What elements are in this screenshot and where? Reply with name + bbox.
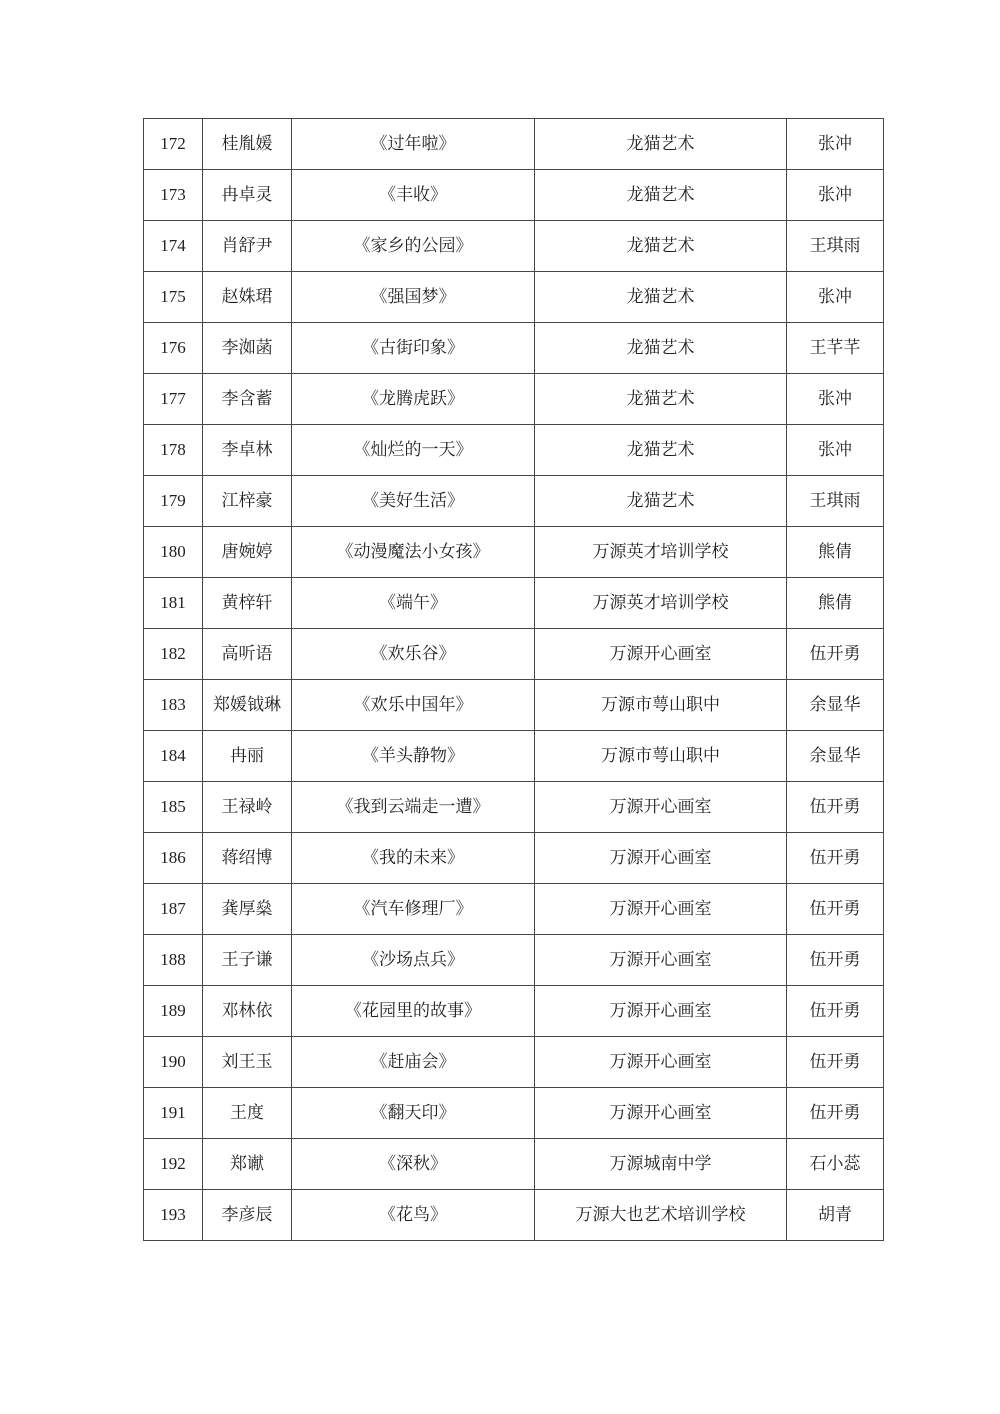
cell-school: 龙猫艺术 bbox=[535, 272, 787, 323]
cell-no: 192 bbox=[144, 1139, 203, 1190]
cell-name: 冉卓灵 bbox=[203, 170, 292, 221]
cell-school: 万源开心画室 bbox=[535, 1037, 787, 1088]
table-row: 190刘王玉《赶庙会》万源开心画室伍开勇 bbox=[144, 1037, 884, 1088]
table-row: 189邓林依《花园里的故事》万源开心画室伍开勇 bbox=[144, 986, 884, 1037]
cell-no: 193 bbox=[144, 1190, 203, 1241]
cell-no: 186 bbox=[144, 833, 203, 884]
table-row: 181黄梓轩《端午》万源英才培训学校熊倩 bbox=[144, 578, 884, 629]
cell-name: 李卓林 bbox=[203, 425, 292, 476]
cell-school: 万源开心画室 bbox=[535, 884, 787, 935]
cell-title: 《我的未来》 bbox=[292, 833, 535, 884]
cell-title: 《美好生活》 bbox=[292, 476, 535, 527]
cell-no: 178 bbox=[144, 425, 203, 476]
cell-school: 龙猫艺术 bbox=[535, 425, 787, 476]
cell-no: 182 bbox=[144, 629, 203, 680]
cell-title: 《深秋》 bbox=[292, 1139, 535, 1190]
cell-teacher: 王芊芊 bbox=[787, 323, 884, 374]
cell-school: 万源开心画室 bbox=[535, 782, 787, 833]
cell-school: 万源开心画室 bbox=[535, 629, 787, 680]
cell-name: 肖舒尹 bbox=[203, 221, 292, 272]
cell-title: 《强国梦》 bbox=[292, 272, 535, 323]
cell-title: 《赶庙会》 bbox=[292, 1037, 535, 1088]
cell-school: 万源开心画室 bbox=[535, 833, 787, 884]
cell-name: 李洳菡 bbox=[203, 323, 292, 374]
cell-teacher: 熊倩 bbox=[787, 527, 884, 578]
cell-no: 191 bbox=[144, 1088, 203, 1139]
cell-title: 《欢乐谷》 bbox=[292, 629, 535, 680]
award-list-table-body: 172桂胤媛《过年啦》龙猫艺术张冲173冉卓灵《丰收》龙猫艺术张冲174肖舒尹《… bbox=[144, 119, 884, 1241]
cell-teacher: 张冲 bbox=[787, 119, 884, 170]
cell-no: 190 bbox=[144, 1037, 203, 1088]
cell-name: 邓林依 bbox=[203, 986, 292, 1037]
cell-title: 《龙腾虎跃》 bbox=[292, 374, 535, 425]
cell-no: 177 bbox=[144, 374, 203, 425]
cell-no: 189 bbox=[144, 986, 203, 1037]
cell-title: 《动漫魔法小女孩》 bbox=[292, 527, 535, 578]
table-row: 187龚厚燊《汽车修理厂》万源开心画室伍开勇 bbox=[144, 884, 884, 935]
cell-name: 桂胤媛 bbox=[203, 119, 292, 170]
cell-school: 万源开心画室 bbox=[535, 935, 787, 986]
cell-teacher: 伍开勇 bbox=[787, 1088, 884, 1139]
table-row: 177李含蓄《龙腾虎跃》龙猫艺术张冲 bbox=[144, 374, 884, 425]
cell-title: 《羊头静物》 bbox=[292, 731, 535, 782]
cell-school: 龙猫艺术 bbox=[535, 374, 787, 425]
cell-title: 《欢乐中国年》 bbox=[292, 680, 535, 731]
table-row: 180唐婉婷《动漫魔法小女孩》万源英才培训学校熊倩 bbox=[144, 527, 884, 578]
table-row: 173冉卓灵《丰收》龙猫艺术张冲 bbox=[144, 170, 884, 221]
cell-no: 183 bbox=[144, 680, 203, 731]
cell-teacher: 张冲 bbox=[787, 374, 884, 425]
table-row: 175赵姝珺《强国梦》龙猫艺术张冲 bbox=[144, 272, 884, 323]
cell-teacher: 石小蕊 bbox=[787, 1139, 884, 1190]
cell-name: 唐婉婷 bbox=[203, 527, 292, 578]
table-row: 191王度《翻天印》万源开心画室伍开勇 bbox=[144, 1088, 884, 1139]
cell-name: 蒋绍博 bbox=[203, 833, 292, 884]
cell-title: 《我到云端走一遭》 bbox=[292, 782, 535, 833]
cell-name: 冉丽 bbox=[203, 731, 292, 782]
cell-title: 《过年啦》 bbox=[292, 119, 535, 170]
cell-title: 《汽车修理厂》 bbox=[292, 884, 535, 935]
cell-name: 江梓豪 bbox=[203, 476, 292, 527]
cell-teacher: 张冲 bbox=[787, 425, 884, 476]
cell-school: 龙猫艺术 bbox=[535, 170, 787, 221]
cell-teacher: 熊倩 bbox=[787, 578, 884, 629]
cell-school: 万源开心画室 bbox=[535, 986, 787, 1037]
cell-name: 王子谦 bbox=[203, 935, 292, 986]
cell-title: 《端午》 bbox=[292, 578, 535, 629]
cell-no: 175 bbox=[144, 272, 203, 323]
cell-name: 黄梓轩 bbox=[203, 578, 292, 629]
cell-no: 174 bbox=[144, 221, 203, 272]
cell-no: 181 bbox=[144, 578, 203, 629]
cell-title: 《花园里的故事》 bbox=[292, 986, 535, 1037]
cell-teacher: 伍开勇 bbox=[787, 986, 884, 1037]
cell-no: 187 bbox=[144, 884, 203, 935]
table-row: 179江梓豪《美好生活》龙猫艺术王琪雨 bbox=[144, 476, 884, 527]
cell-school: 万源英才培训学校 bbox=[535, 578, 787, 629]
table-row: 174肖舒尹《家乡的公园》龙猫艺术王琪雨 bbox=[144, 221, 884, 272]
cell-school: 龙猫艺术 bbox=[535, 221, 787, 272]
cell-teacher: 张冲 bbox=[787, 272, 884, 323]
cell-teacher: 王琪雨 bbox=[787, 221, 884, 272]
cell-school: 万源开心画室 bbox=[535, 1088, 787, 1139]
cell-school: 龙猫艺术 bbox=[535, 476, 787, 527]
cell-no: 180 bbox=[144, 527, 203, 578]
cell-teacher: 张冲 bbox=[787, 170, 884, 221]
cell-school: 万源市萼山职中 bbox=[535, 680, 787, 731]
table-row: 184冉丽《羊头静物》万源市萼山职中余显华 bbox=[144, 731, 884, 782]
cell-name: 王禄岭 bbox=[203, 782, 292, 833]
cell-name: 郑谳 bbox=[203, 1139, 292, 1190]
cell-teacher: 王琪雨 bbox=[787, 476, 884, 527]
cell-teacher: 伍开勇 bbox=[787, 935, 884, 986]
cell-name: 王度 bbox=[203, 1088, 292, 1139]
table-row: 176李洳菡《古街印象》龙猫艺术王芊芊 bbox=[144, 323, 884, 374]
cell-school: 万源城南中学 bbox=[535, 1139, 787, 1190]
cell-title: 《沙场点兵》 bbox=[292, 935, 535, 986]
cell-name: 郑媛钺琳 bbox=[203, 680, 292, 731]
cell-school: 万源英才培训学校 bbox=[535, 527, 787, 578]
cell-name: 刘王玉 bbox=[203, 1037, 292, 1088]
cell-school: 万源市萼山职中 bbox=[535, 731, 787, 782]
cell-name: 李彦辰 bbox=[203, 1190, 292, 1241]
award-list-table: 172桂胤媛《过年啦》龙猫艺术张冲173冉卓灵《丰收》龙猫艺术张冲174肖舒尹《… bbox=[143, 118, 884, 1241]
table-row: 183郑媛钺琳《欢乐中国年》万源市萼山职中余显华 bbox=[144, 680, 884, 731]
cell-no: 188 bbox=[144, 935, 203, 986]
cell-title: 《花鸟》 bbox=[292, 1190, 535, 1241]
cell-teacher: 余显华 bbox=[787, 680, 884, 731]
cell-teacher: 伍开勇 bbox=[787, 1037, 884, 1088]
table-row: 185王禄岭《我到云端走一遭》万源开心画室伍开勇 bbox=[144, 782, 884, 833]
cell-title: 《古街印象》 bbox=[292, 323, 535, 374]
cell-name: 赵姝珺 bbox=[203, 272, 292, 323]
cell-title: 《家乡的公园》 bbox=[292, 221, 535, 272]
cell-name: 李含蓄 bbox=[203, 374, 292, 425]
table-row: 188王子谦《沙场点兵》万源开心画室伍开勇 bbox=[144, 935, 884, 986]
cell-no: 184 bbox=[144, 731, 203, 782]
cell-no: 173 bbox=[144, 170, 203, 221]
cell-teacher: 伍开勇 bbox=[787, 884, 884, 935]
cell-teacher: 伍开勇 bbox=[787, 782, 884, 833]
cell-teacher: 胡青 bbox=[787, 1190, 884, 1241]
cell-no: 185 bbox=[144, 782, 203, 833]
table-row: 178李卓林《灿烂的一天》龙猫艺术张冲 bbox=[144, 425, 884, 476]
table-row: 186蒋绍博《我的未来》万源开心画室伍开勇 bbox=[144, 833, 884, 884]
table-row: 172桂胤媛《过年啦》龙猫艺术张冲 bbox=[144, 119, 884, 170]
document-page: 172桂胤媛《过年啦》龙猫艺术张冲173冉卓灵《丰收》龙猫艺术张冲174肖舒尹《… bbox=[0, 0, 1000, 1414]
cell-no: 172 bbox=[144, 119, 203, 170]
cell-name: 高听语 bbox=[203, 629, 292, 680]
cell-school: 万源大也艺术培训学校 bbox=[535, 1190, 787, 1241]
cell-teacher: 伍开勇 bbox=[787, 629, 884, 680]
cell-title: 《灿烂的一天》 bbox=[292, 425, 535, 476]
cell-teacher: 余显华 bbox=[787, 731, 884, 782]
cell-no: 179 bbox=[144, 476, 203, 527]
cell-school: 龙猫艺术 bbox=[535, 119, 787, 170]
cell-name: 龚厚燊 bbox=[203, 884, 292, 935]
cell-no: 176 bbox=[144, 323, 203, 374]
table-row: 193李彦辰《花鸟》万源大也艺术培训学校胡青 bbox=[144, 1190, 884, 1241]
cell-title: 《翻天印》 bbox=[292, 1088, 535, 1139]
table-row: 182高听语《欢乐谷》万源开心画室伍开勇 bbox=[144, 629, 884, 680]
cell-title: 《丰收》 bbox=[292, 170, 535, 221]
table-row: 192郑谳《深秋》万源城南中学石小蕊 bbox=[144, 1139, 884, 1190]
cell-teacher: 伍开勇 bbox=[787, 833, 884, 884]
cell-school: 龙猫艺术 bbox=[535, 323, 787, 374]
